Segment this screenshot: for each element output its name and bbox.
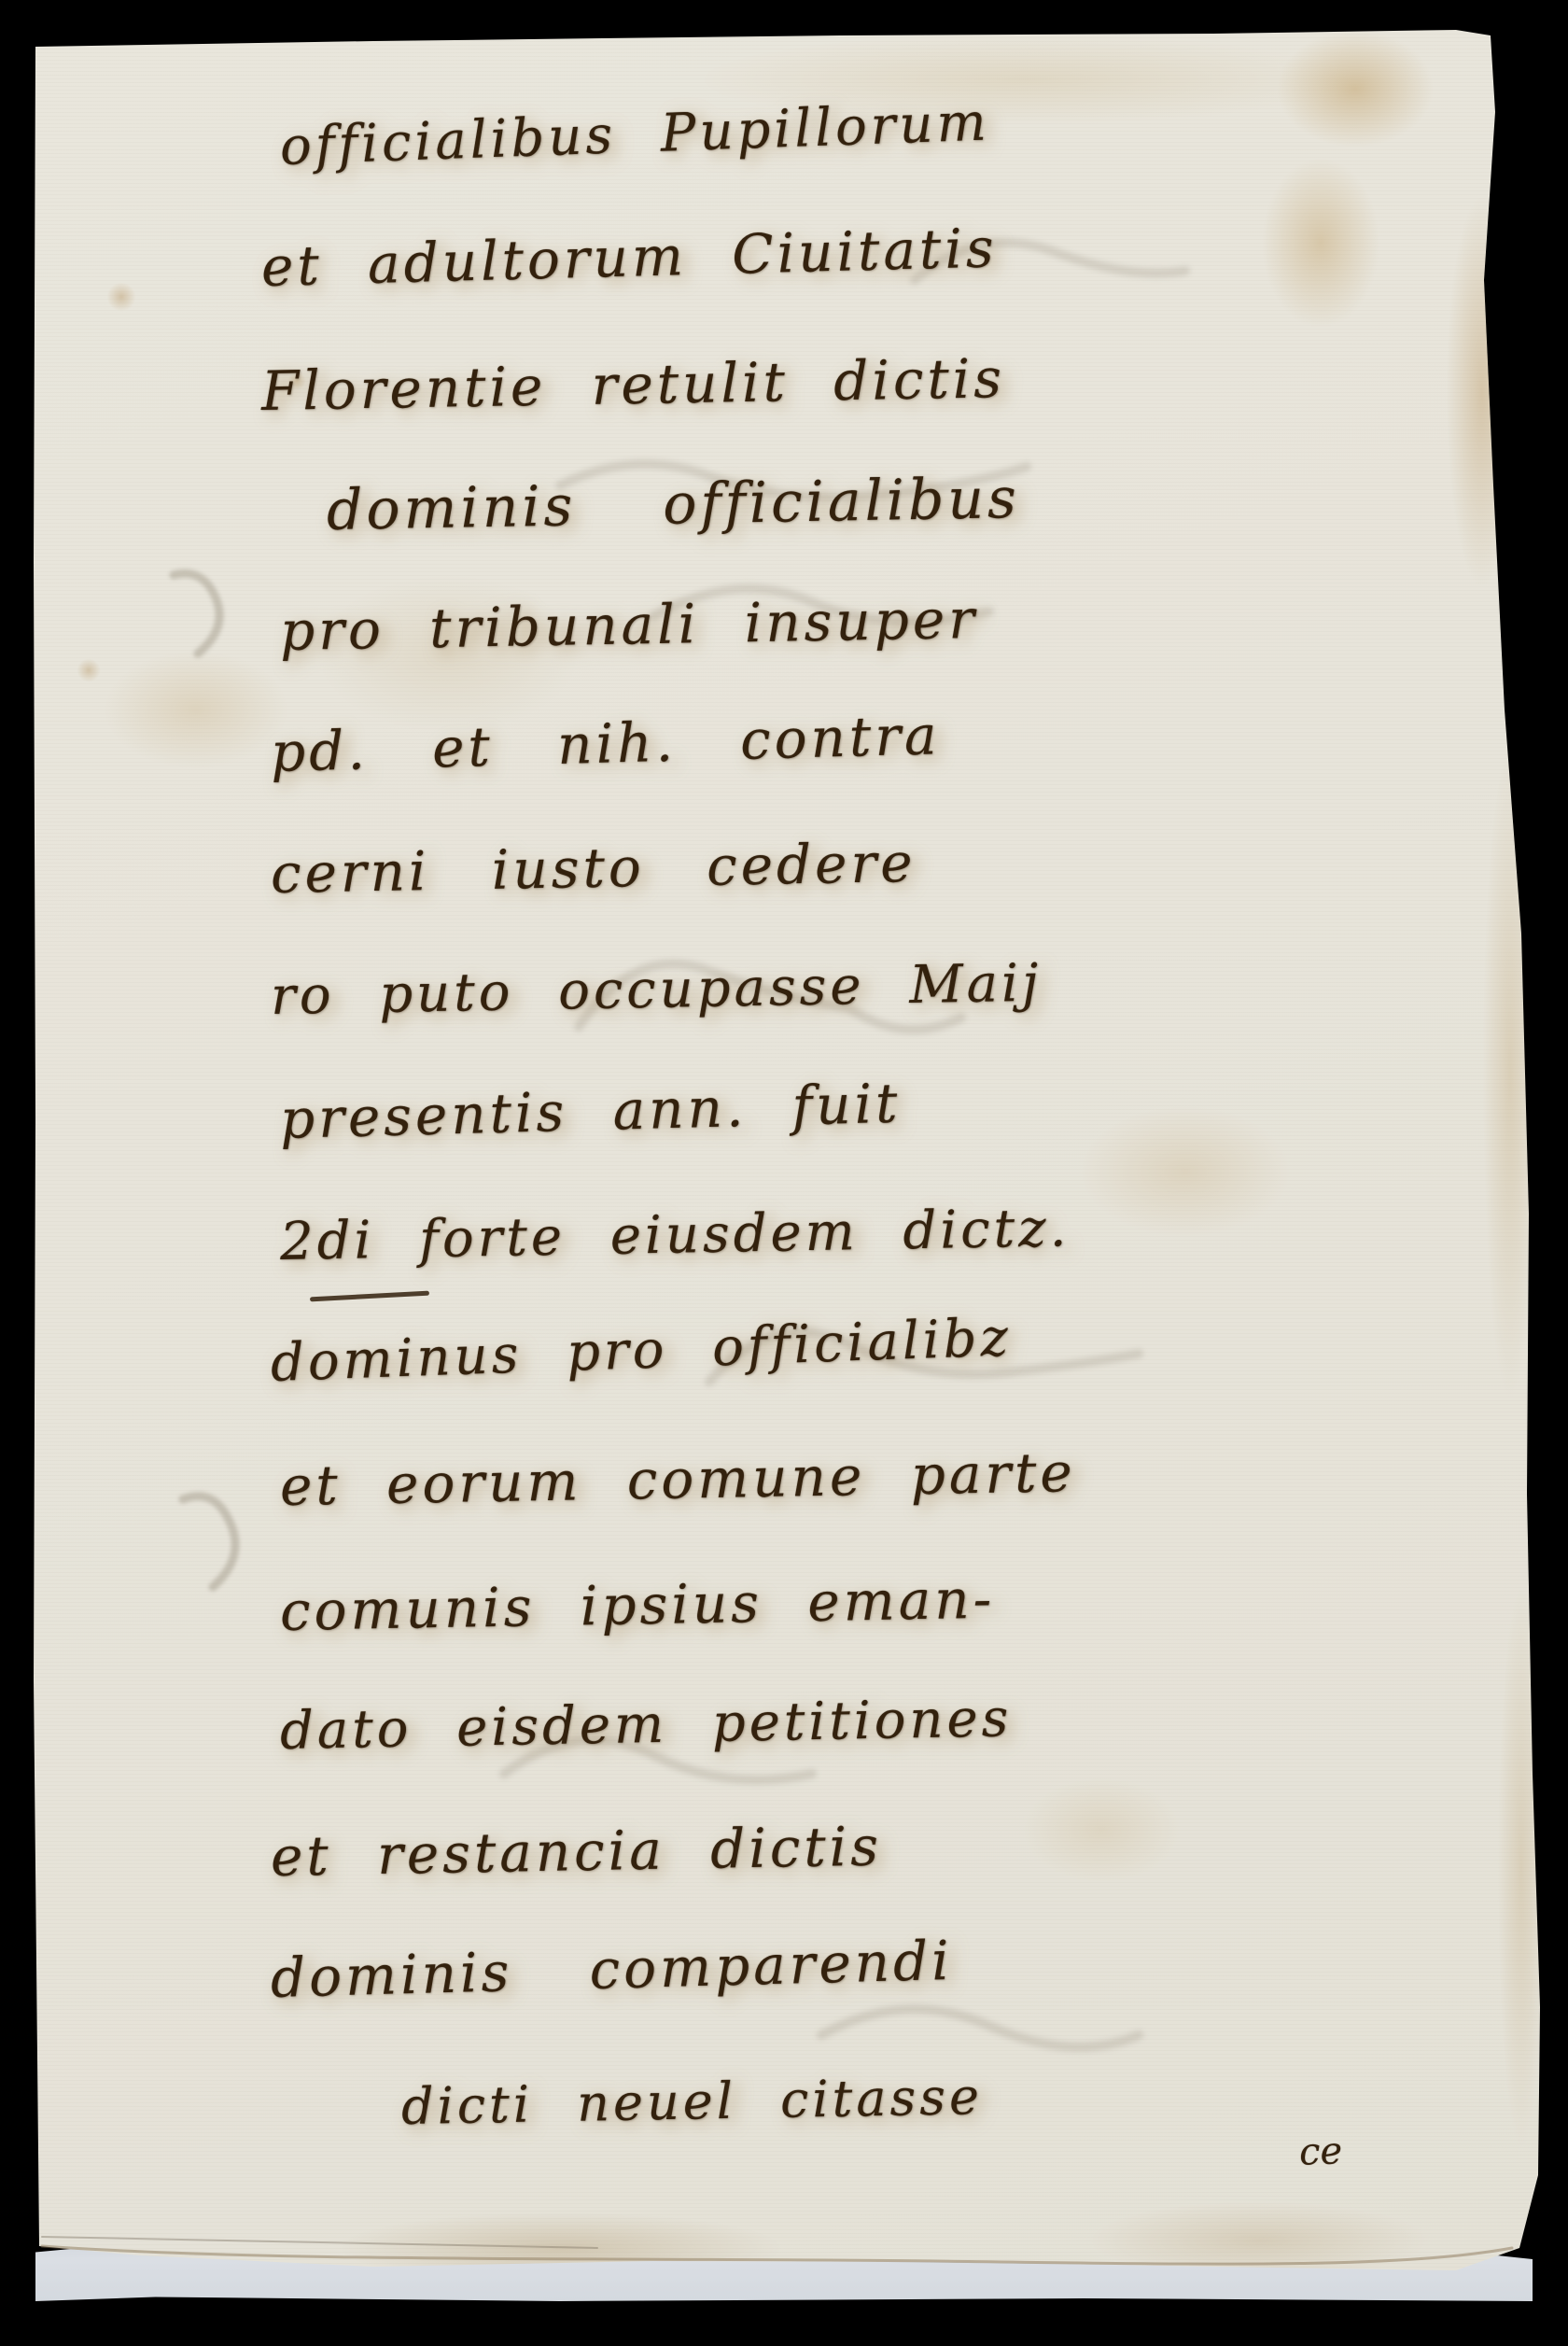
manuscript-line: comunis ipsius eman- comunis ipsius eman…: [279, 1567, 995, 1643]
manuscript-line: et eorum comune parte et eorum comune pa…: [279, 1440, 1076, 1518]
manuscript-line: 2di forte eiusdem dictz. 2di forte eiusd…: [279, 1198, 1071, 1272]
line-text: comunis ipsius eman-: [279, 1567, 995, 1643]
manuscript-line: et restancia dictis et restancia dictis: [270, 1815, 882, 1889]
manuscript-line: pro tribunali insuper pro tribunali insu…: [279, 587, 978, 663]
line-text: cerni iusto cedere: [270, 831, 917, 906]
catchword: ce: [1298, 2129, 1343, 2174]
line-text: et restancia dictis: [270, 1815, 882, 1889]
line-text: dato eisdem petitiones: [279, 1688, 1012, 1762]
scanned-manuscript-screenshot: { "page": { "kind": "Handwritten manuscr…: [0, 0, 1568, 2346]
manuscript-line: dominis officialibus dominis officialibu…: [326, 466, 1020, 543]
line-text: dicti neuel citasse: [400, 2067, 983, 2136]
manuscript-line: ro puto occupasse Maij ro puto occupasse…: [270, 953, 1042, 1027]
line-text: Florentie retulit dictis: [260, 346, 1005, 423]
manuscript-line: dato eisdem petitiones dato eisdem petit…: [279, 1688, 1012, 1762]
line-text: pro tribunali insuper: [279, 587, 978, 663]
manuscript-line: Florentie retulit dictis Florentie retul…: [260, 346, 1005, 423]
manuscript-line: dicti neuel citasse dicti neuel citasse: [400, 2067, 983, 2136]
manuscript-line: cerni iusto cedere cerni iusto cedere: [270, 831, 917, 906]
line-text: dominis officialibus: [326, 466, 1020, 543]
